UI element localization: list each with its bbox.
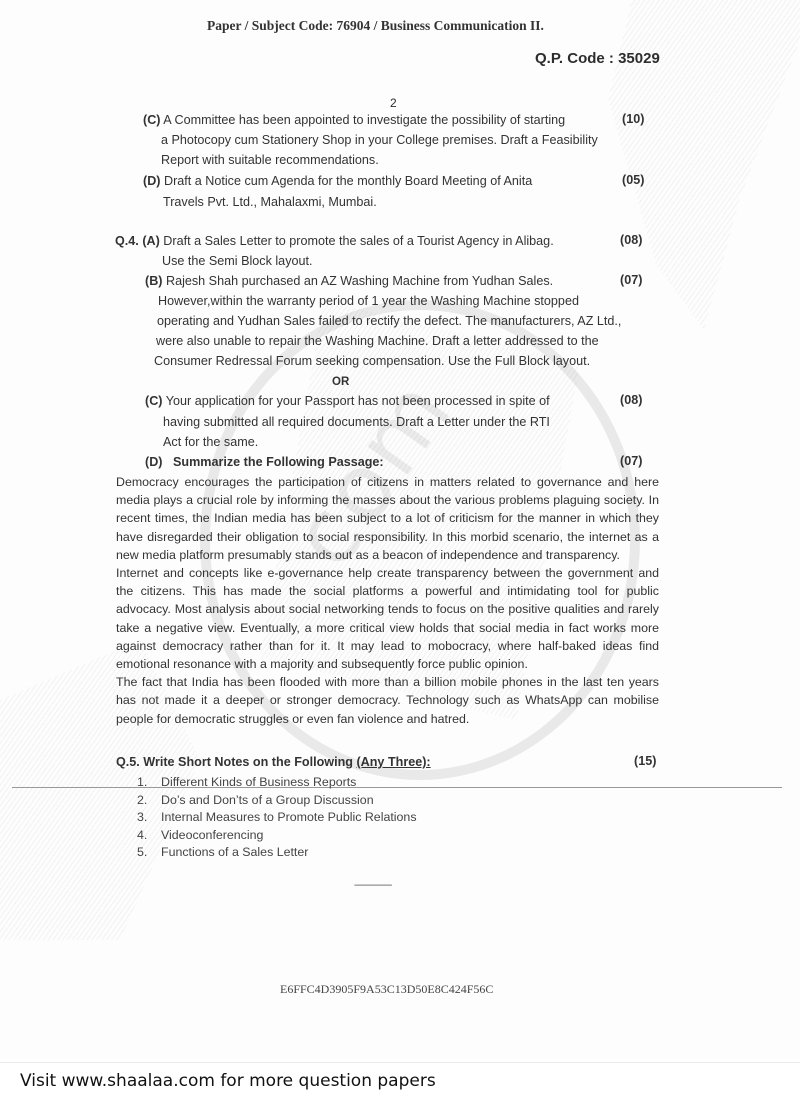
- qp-code: Q.P. Code : 35029: [535, 50, 660, 67]
- footer-link-text[interactable]: Visit www.shaalaa.com for more question …: [20, 1071, 436, 1091]
- q4d-line: (D) Summarize the Following Passage:: [145, 452, 384, 472]
- q3c-marks: (10): [622, 112, 644, 126]
- item-text: Videoconferencing: [161, 828, 263, 842]
- q3c-line-2: a Photocopy cum Stationery Shop in your …: [161, 130, 598, 150]
- item-text: Do’s and Don’ts of a Group Discussion: [161, 793, 374, 807]
- q4b-label: (B): [145, 274, 162, 288]
- q4a-label: (A): [142, 234, 159, 248]
- q4d-marks: (07): [620, 454, 642, 468]
- q5-marks: (15): [634, 754, 656, 768]
- q3c-text: A Committee has been appointed to invest…: [163, 113, 565, 127]
- list-item: 4.Videoconferencing: [137, 827, 417, 845]
- passage-paragraph-2: Internet and concepts like e-governance …: [116, 564, 659, 673]
- list-item: 5.Functions of a Sales Letter: [137, 844, 417, 862]
- q3c-line-1: (C) A Committee has been appointed to in…: [143, 110, 565, 130]
- q4-number: Q.4.: [115, 234, 139, 248]
- q4b-line-2: However,within the warranty period of 1 …: [158, 291, 579, 311]
- end-marker: ----------------: [354, 880, 391, 891]
- summary-passage: Democracy encourages the participation o…: [116, 473, 659, 728]
- q3d-marks: (05): [622, 173, 644, 187]
- q4b-line-5: Consumer Redressal Forum seeking compens…: [154, 351, 590, 371]
- item-number: 3.: [137, 809, 161, 827]
- q4b-marks: (07): [620, 273, 642, 287]
- q4b-line-3: operating and Yudhan Sales failed to rec…: [157, 311, 621, 331]
- q4d-label: (D): [145, 455, 162, 469]
- q3d-line-2: Travels Pvt. Ltd., Mahalaxmi, Mumbai.: [163, 192, 377, 212]
- q3c-label: (C): [143, 113, 160, 127]
- list-item: 3.Internal Measures to Promote Public Re…: [137, 809, 417, 827]
- list-item: 1.Different Kinds of Business Reports: [137, 774, 417, 792]
- q3d-label: (D): [143, 174, 160, 188]
- q5-title-underlined: (Any Three):: [356, 755, 430, 769]
- q3d-line-1: (D) Draft a Notice cum Agenda for the mo…: [143, 171, 532, 191]
- paper-subject-header: Paper / Subject Code: 76904 / Business C…: [207, 18, 544, 34]
- q4c-label: (C): [145, 394, 162, 408]
- q4b-line-1: (B) Rajesh Shah purchased an AZ Washing …: [145, 271, 553, 291]
- item-number: 1.: [137, 774, 161, 792]
- footer-banner: Visit www.shaalaa.com for more question …: [0, 1062, 800, 1108]
- or-separator: OR: [332, 372, 349, 392]
- paper-hash-code: E6FFC4D3905F9A53C13D50E8C424F56C: [280, 982, 493, 997]
- q4c-line-3: Act for the same.: [163, 432, 258, 452]
- q4a-line-1: Q.4. (A) Draft a Sales Letter to promote…: [115, 231, 554, 251]
- q4b-line-4: were also unable to repair the Washing M…: [156, 331, 599, 351]
- list-item: 2.Do’s and Don’ts of a Group Discussion: [137, 792, 417, 810]
- item-text: Internal Measures to Promote Public Rela…: [161, 810, 417, 824]
- q4c-line-1: (C) Your application for your Passport h…: [145, 391, 550, 411]
- q5-title-text: Q.5. Write Short Notes on the Following: [116, 755, 356, 769]
- q4a-marks: (08): [620, 233, 642, 247]
- q3d-text: Draft a Notice cum Agenda for the monthl…: [164, 174, 532, 188]
- q4b-text: Rajesh Shah purchased an AZ Washing Mach…: [166, 274, 553, 288]
- item-text: Different Kinds of Business Reports: [161, 775, 356, 789]
- q4d-title: Summarize the Following Passage:: [173, 455, 384, 469]
- q4a-text: Draft a Sales Letter to promote the sale…: [163, 234, 553, 248]
- page-number: 2: [390, 96, 397, 110]
- q4a-line-2: Use the Semi Block layout.: [162, 251, 313, 271]
- item-number: 2.: [137, 792, 161, 810]
- item-text: Functions of a Sales Letter: [161, 845, 308, 859]
- passage-paragraph-3: The fact that India has been flooded wit…: [116, 673, 659, 728]
- short-notes-list: 1.Different Kinds of Business Reports 2.…: [137, 774, 417, 862]
- q4c-marks: (08): [620, 393, 642, 407]
- q4c-text: Your application for your Passport has n…: [166, 394, 550, 408]
- item-number: 5.: [137, 844, 161, 862]
- q3c-line-3: Report with suitable recommendations.: [161, 150, 379, 170]
- q4c-line-2: having submitted all required documents.…: [163, 412, 550, 432]
- passage-paragraph-1: Democracy encourages the participation o…: [116, 473, 659, 564]
- q5-title: Q.5. Write Short Notes on the Following …: [116, 752, 431, 772]
- exam-page: com Paper / Subject Code: 76904 / Busine…: [0, 0, 800, 1060]
- item-number: 4.: [137, 827, 161, 845]
